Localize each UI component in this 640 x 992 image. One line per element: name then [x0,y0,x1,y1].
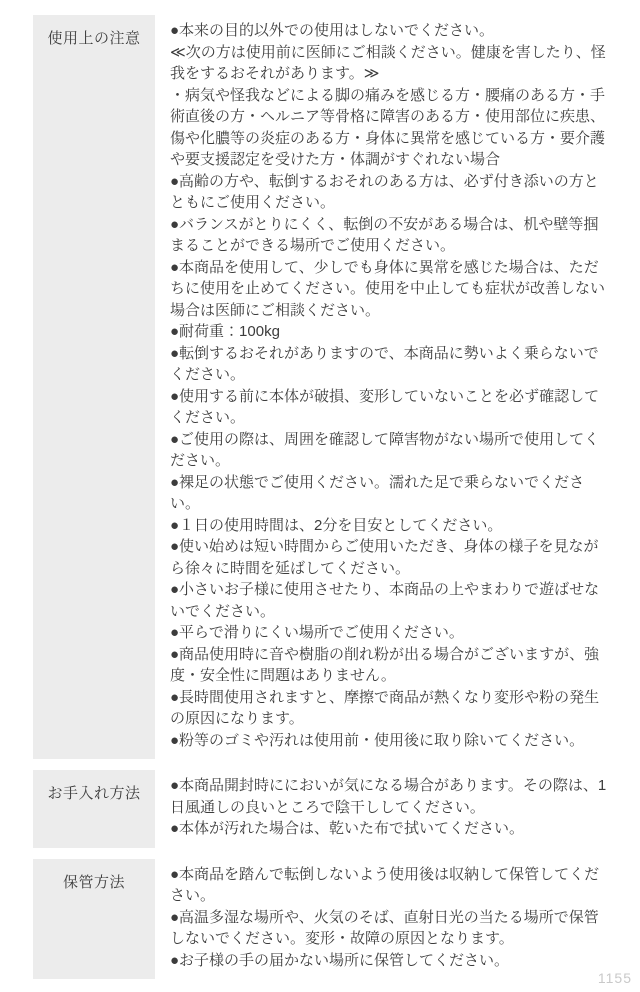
section-label-usage-precautions: 使用上の注意 [33,15,155,759]
instruction-item: ●本来の目的以外での使用はしないでください。 [170,20,612,42]
instruction-item: ≪次の方は使用前に医師にご相談ください。健康を害したり、怪我をするおそれがありま… [170,42,612,85]
section-content-care-instructions: ●本商品開封時ににおいが気になる場合があります。その際は、1日風通しの良いところ… [155,770,612,848]
instruction-item: ●商品使用時に音や樹脂の削れ粉が出る場合がございますが、強度・安全性に問題はあり… [170,644,612,687]
instruction-item: ●お子様の手の届かない場所に保管してください。 [170,950,612,972]
page-number: 1155 [598,970,632,986]
instruction-item: ●粉等のゴミや汚れは使用前・使用後に取り除いてください。 [170,730,612,752]
instruction-item: ●高温多湿な場所や、火気のそば、直射日光の当たる場所で保管しないでください。変形… [170,907,612,950]
section-care-instructions: お手入れ方法 ●本商品開封時ににおいが気になる場合があります。その際は、1日風通… [33,770,612,848]
section-storage-instructions: 保管方法 ●本商品を踏んで転倒しないよう使用後は収納して保管してください。 ●高… [33,859,612,980]
instruction-item: ●本商品開封時ににおいが気になる場合があります。その際は、1日風通しの良いところ… [170,775,612,818]
instruction-item: ・病気や怪我などによる脚の痛みを感じる方・腰痛のある方・手術直後の方・ヘルニア等… [170,85,612,171]
instruction-item: ●バランスがとりにくく、転倒の不安がある場合は、机や壁等掴まることができる場所で… [170,214,612,257]
instruction-item: ●裸足の状態でご使用ください。濡れた足で乗らないでください。 [170,472,612,515]
instruction-item: ●本商品を使用して、少しでも身体に異常を感じた場合は、ただちに使用を止めてくださ… [170,257,612,322]
section-usage-precautions: 使用上の注意 ●本来の目的以外での使用はしないでください。 ≪次の方は使用前に医… [33,15,612,759]
instruction-item: ●使い始めは短い時間からご使用いただき、身体の様子を見ながら徐々に時間を延ばして… [170,536,612,579]
instruction-item: ●本商品を踏んで転倒しないよう使用後は収納して保管してください。 [170,864,612,907]
instruction-item: ●ご使用の際は、周囲を確認して障害物がない場所で使用してください。 [170,429,612,472]
instruction-item: ●耐荷重：100kg [170,321,612,343]
instruction-item: ●小さいお子様に使用させたり、本商品の上やまわりで遊ばせないでください。 [170,579,612,622]
instruction-item: ●平らで滑りにくい場所でご使用ください。 [170,622,612,644]
instruction-item: ●使用する前に本体が破損、変形していないことを必ず確認してください。 [170,386,612,429]
product-instructions-page: 使用上の注意 ●本来の目的以外での使用はしないでください。 ≪次の方は使用前に医… [0,0,640,992]
section-content-usage-precautions: ●本来の目的以外での使用はしないでください。 ≪次の方は使用前に医師にご相談くだ… [155,15,612,759]
instruction-item: ●高齢の方や、転倒するおそれのある方は、必ず付き添いの方とともにご使用ください。 [170,171,612,214]
instruction-item: ●長時間使用されますと、摩擦で商品が熱くなり変形や粉の発生の原因になります。 [170,687,612,730]
instruction-item: ●１日の使用時間は、2分を目安としてください。 [170,515,612,537]
instruction-item: ●本体が汚れた場合は、乾いた布で拭いてください。 [170,818,612,840]
section-label-care-instructions: お手入れ方法 [33,770,155,848]
section-content-storage-instructions: ●本商品を踏んで転倒しないよう使用後は収納して保管してください。 ●高温多湿な場… [155,859,612,980]
instruction-item: ●転倒するおそれがありますので、本商品に勢いよく乗らないでください。 [170,343,612,386]
section-label-storage-instructions: 保管方法 [33,859,155,980]
